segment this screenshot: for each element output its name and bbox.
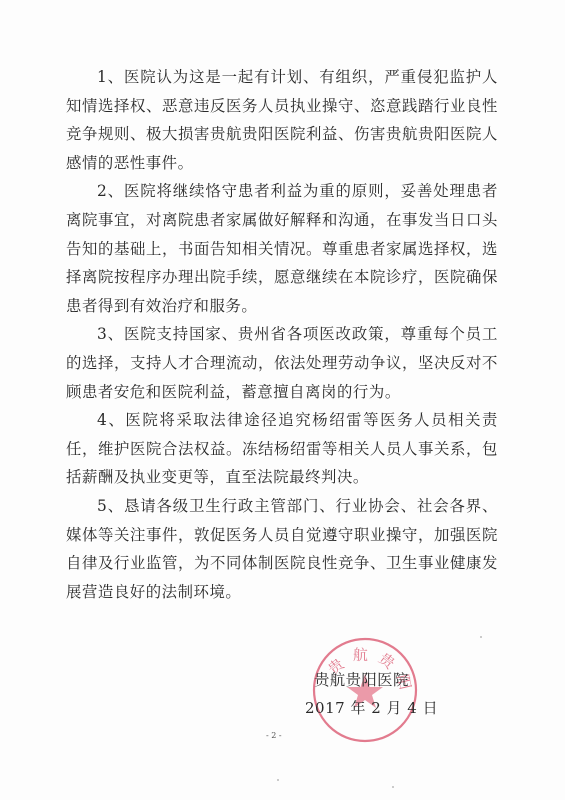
paragraph-1: 1、医院认为这是一起有计划、有组织，严重侵犯监护人知情选择权、恶意违反医务人员执… bbox=[66, 63, 498, 177]
paragraph-4: 4、医院将采取法律途径追究杨绍雷等医务人员相关责任，维护医院合法权益。冻结杨绍雷… bbox=[66, 406, 498, 492]
paragraph-3: 3、医院支持国家、贵州省各项医改政策，尊重每个员工的选择，支持人才合理流动，依法… bbox=[66, 320, 498, 406]
page-number: - 2 - bbox=[266, 731, 282, 740]
signature-organization: 贵航贵阳医院 bbox=[314, 668, 409, 690]
signature-date: 2017 年 2 月 4 日 bbox=[305, 697, 438, 718]
paragraph-2: 2、医院将继续恪守患者利益为重的原则，妥善处理患者离院事宜，对离院患者家属做好解… bbox=[66, 177, 498, 320]
document-body: 1、医院认为这是一起有计划、有组织，严重侵犯监护人知情选择权、恶意违反医务人员执… bbox=[66, 63, 498, 606]
document-page: 1、医院认为这是一起有计划、有组织，严重侵犯监护人知情选择权、恶意违反医务人员执… bbox=[0, 0, 565, 800]
scan-speck bbox=[480, 636, 482, 638]
scan-speck bbox=[392, 786, 394, 788]
scan-speck bbox=[277, 779, 279, 781]
official-seal-icon: 贵航贵阳医院 bbox=[311, 636, 419, 744]
paragraph-5: 5、恳请各级卫生行政主管部门、行业协会、社会各界、媒体等关注事件，敦促医务人员自… bbox=[66, 492, 498, 606]
